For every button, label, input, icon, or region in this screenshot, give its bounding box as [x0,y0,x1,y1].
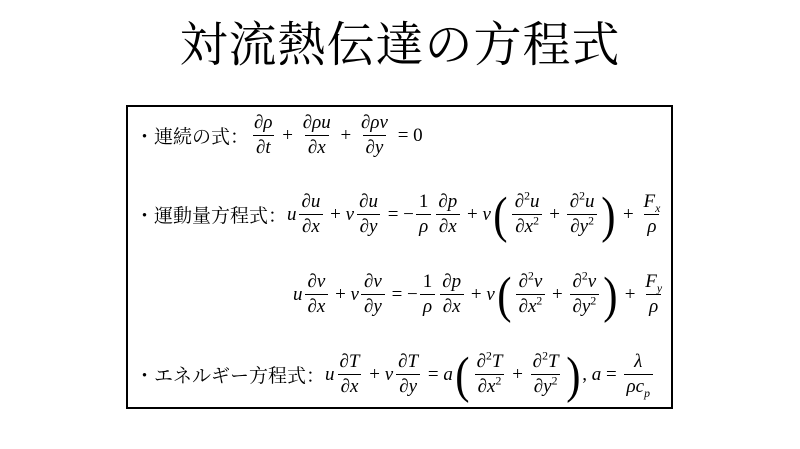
big-paren: ) [603,270,617,320]
fraction: ∂2u∂y2 [567,191,598,239]
fraction: λρcp [624,351,653,399]
equation-momentum-y-math: u∂v∂x + v∂v∂y = −1ρ∂p∂x + ν(∂2v∂x2 + ∂2v… [293,270,667,320]
fraction: ∂ρu∂x [300,112,334,160]
big-paren: ) [602,190,616,240]
fraction: 1ρ [416,191,432,239]
fraction: ∂ρv∂y [358,112,391,160]
fraction: Fyρ [642,271,665,319]
fraction: ∂u∂x [299,191,324,239]
fraction: ∂2T∂y2 [530,351,562,399]
fraction: ∂T∂y [395,351,421,399]
fraction: ∂p∂x [435,191,460,239]
fraction: ∂v∂y [361,271,385,319]
big-paren: ) [566,350,580,400]
slide: 対流熱伝達の方程式 ・連続の式： ∂ρ∂t + ∂ρu∂x + ∂ρv∂y = … [0,0,800,449]
equation-energy-label: ・エネルギー方程式： [135,361,325,388]
big-paren: ( [497,270,511,320]
big-paren: ( [493,190,507,240]
fraction: ∂u∂y [356,191,381,239]
equation-momentum-y: u∂v∂x + v∂v∂y = −1ρ∂p∂x + ν(∂2v∂x2 + ∂2v… [135,270,667,320]
fraction: ∂T∂x [337,351,363,399]
equation-momentum-x-math: u∂u∂x + v∂u∂y = −1ρ∂p∂x + ν(∂2u∂x2 + ∂2u… [287,190,665,240]
fraction: ∂ρ∂t [251,112,276,160]
equation-energy: ・エネルギー方程式： u∂T∂x + v∂T∂y = a(∂2T∂x2 + ∂2… [135,350,667,400]
fraction: Fxρ [640,191,663,239]
equation-energy-math: u∂T∂x + v∂T∂y = a(∂2T∂x2 + ∂2T∂y2), a = … [325,350,655,400]
equation-continuity-math: ∂ρ∂t + ∂ρu∂x + ∂ρv∂y = 0 [249,112,423,160]
equation-continuity: ・連続の式： ∂ρ∂t + ∂ρu∂x + ∂ρv∂y = 0 [135,112,667,160]
equations-box: ・連続の式： ∂ρ∂t + ∂ρu∂x + ∂ρv∂y = 0 ・運動量方程式：… [126,105,673,409]
fraction: ∂2v∂x2 [516,271,546,319]
fraction: ∂2u∂x2 [512,191,543,239]
equation-momentum-x: ・運動量方程式： u∂u∂x + v∂u∂y = −1ρ∂p∂x + ν(∂2u… [135,190,667,240]
fraction: ∂2T∂x2 [474,351,506,399]
equation-continuity-label: ・連続の式： [135,122,249,149]
big-paren: ( [455,350,469,400]
fraction: ∂v∂x [305,271,329,319]
fraction: ∂p∂x [439,271,464,319]
equation-momentum-x-label: ・運動量方程式： [135,201,287,228]
fraction: ∂2v∂y2 [570,271,600,319]
slide-title: 対流熱伝達の方程式 [0,6,800,75]
fraction: 1ρ [420,271,436,319]
